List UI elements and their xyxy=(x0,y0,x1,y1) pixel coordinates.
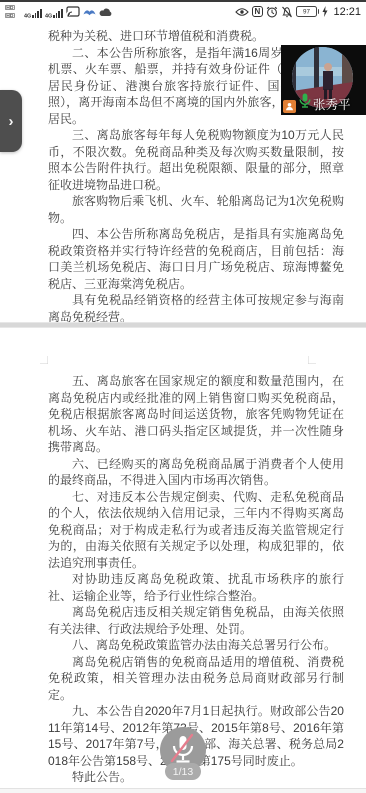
status-bar-left: HD HD 4G 4G xyxy=(5,4,113,19)
signal-sim2-icon: 4G xyxy=(45,6,63,18)
volte-hd-sim2-icon: HD xyxy=(5,13,15,17)
document-paragraph: 离岛免税店销售的免税商品适用的增值税、消费税免税政策，相关管理办法由税务总局商财… xyxy=(48,654,344,704)
document-paragraph: 三、离岛旅客每年每人免税购物额度为10万元人民币，不限次数。免税商品种类及每次购… xyxy=(48,127,344,193)
document-paragraph: 税种为关税、进口环节增值税和消费税。 xyxy=(48,28,344,45)
battery-percent: 97 xyxy=(303,8,310,15)
document-paragraph: 旅客购物后乘飞机、火车、轮船离岛记为1次免税购物。 xyxy=(48,193,344,226)
overlay-bottom-row: 张秀平 xyxy=(281,98,366,113)
page-indicator: 1/13 xyxy=(165,763,201,780)
side-drawer-handle[interactable]: › xyxy=(0,90,22,152)
document-paragraph: 六、已经购买的离岛免税商品属于消费者个人使用的最终商品，不得进入国内市场再次销售… xyxy=(48,456,344,489)
cloud-app-notification-icon xyxy=(99,7,113,17)
document-paragraph: 离岛免税店违反相关规定销售免税品，由海关依照有关法律、行政法规给予处理、处罚。 xyxy=(48,604,344,637)
video-call-overlay[interactable]: 张秀平 xyxy=(281,45,366,115)
bottom-strip xyxy=(0,788,366,793)
charging-bolt-icon xyxy=(322,6,328,17)
document-paragraph: 具有免税品经销资格的经营主体可按规定参与海南离岛免税经营。 xyxy=(48,292,344,322)
presenter-badge-icon xyxy=(283,100,296,113)
status-time: 12:21 xyxy=(333,6,361,18)
document-paragraph: 七、对违反本公告规定倒卖、代购、走私免税商品的个人，依法依规纳入信用记录，三年内… xyxy=(48,489,344,572)
nfc-icon: N xyxy=(252,6,263,17)
notifications-muted-icon xyxy=(281,6,293,18)
signal-sim1-icon: 4G xyxy=(24,6,42,18)
status-bar-right: N 97 12:21 xyxy=(235,6,361,18)
document-page-2: 五、离岛旅客在国家规定的额度和数量范围内，在离岛免税店内或经批准的网上销售窗口购… xyxy=(0,328,366,791)
status-bar: HD HD 4G 4G xyxy=(0,2,366,21)
document-paragraph: 四、本公告所称离岛免税店，是指具有实施离岛免税政策资格并实行特许经营的免税商店，… xyxy=(48,226,344,292)
document-paragraph: 五、离岛旅客在国家规定的额度和数量范围内，在离岛免税店内或经批准的网上销售窗口购… xyxy=(48,373,344,456)
document-viewer[interactable]: 税种为关税、进口环节增值税和消费税。二、本公告所称旅客，是指年满16周岁，已购买… xyxy=(0,21,366,793)
battery-icon: 97 xyxy=(296,6,320,17)
participant-name: 张秀平 xyxy=(313,98,351,113)
active-mic-icon xyxy=(299,93,311,113)
bird-app-notification-icon xyxy=(83,7,96,16)
document-paragraph: 八、离岛免税政策监管办法由海关总署另行公布。 xyxy=(48,637,344,654)
volte-hd-icons: HD HD xyxy=(5,4,21,19)
eye-comfort-icon xyxy=(235,7,249,17)
screen-cast-icon xyxy=(66,6,80,18)
alarm-clock-icon xyxy=(266,6,278,18)
text-boundary-mark-right xyxy=(308,356,316,364)
volte-hd-sim1-icon: HD xyxy=(5,5,15,9)
screen-top-edge xyxy=(0,0,366,2)
chevron-right-icon: › xyxy=(9,114,14,129)
document-paragraph: 对协助违反离岛免税政策、扰乱市场秩序的旅行社、运输企业等，给予行业性综合整治。 xyxy=(48,571,344,604)
text-boundary-mark-left xyxy=(40,356,48,364)
